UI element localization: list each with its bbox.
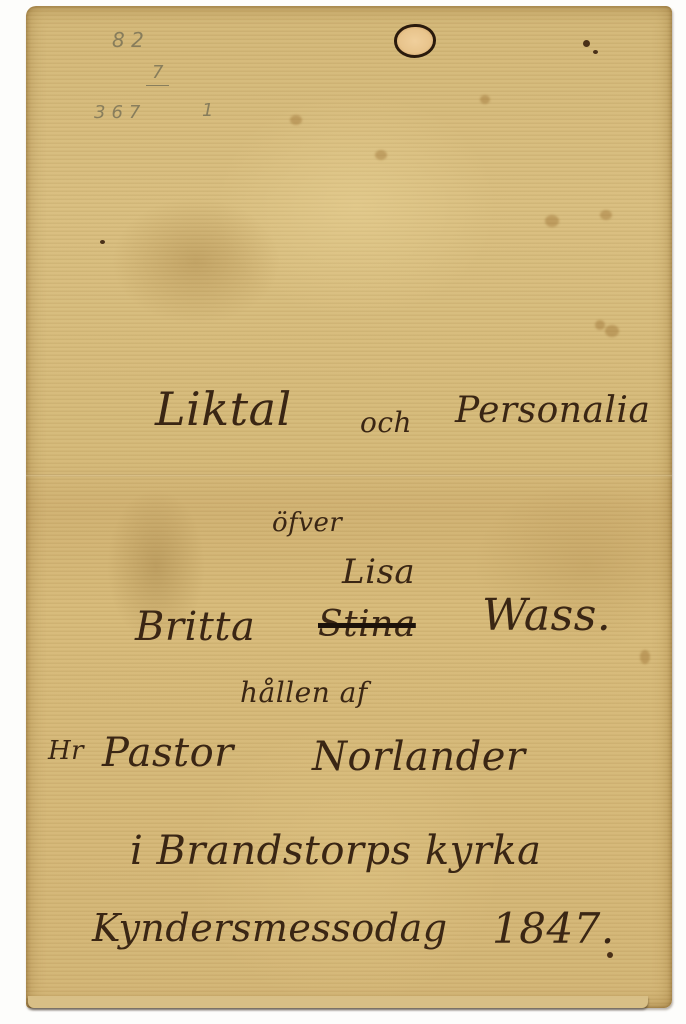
subject-surname: Wass. <box>482 590 611 641</box>
inserted-name: Lisa <box>342 552 415 592</box>
feast-day: Kyndersmessodag <box>92 906 448 950</box>
ink-spot <box>583 40 590 47</box>
foxing-stain <box>595 320 605 330</box>
foxing-stain <box>545 215 559 227</box>
foxing-stain <box>375 150 387 160</box>
foxing-stain <box>600 210 612 220</box>
foxing-stain <box>640 650 650 664</box>
punched-hole <box>394 24 436 58</box>
document-scan: 8 2 7 367 1 Liktal och Personalia öfver … <box>0 0 686 1024</box>
title-word-liktal: Liktal <box>155 382 292 436</box>
foxing-stain <box>480 95 490 104</box>
foxing-stain <box>290 115 302 125</box>
held-by-label: hållen af <box>240 676 368 709</box>
paper-bottom-edge <box>28 996 648 1008</box>
title-word-och: och <box>360 406 412 439</box>
pencil-note-bottom: 367 <box>94 102 146 123</box>
year: 1847. <box>492 904 615 953</box>
pencil-note-middle: 7 <box>146 62 169 86</box>
foxing-stain <box>605 325 619 337</box>
preposition-ofver: öfver <box>272 508 342 538</box>
struck-name: Stina <box>318 604 416 645</box>
officiant-title: Pastor <box>102 730 234 776</box>
pencil-mark: 1 <box>202 100 213 121</box>
church-location: i Brandstorps kyrka <box>130 828 541 874</box>
subject-first-name: Britta <box>135 604 255 650</box>
officiant-name: Norlander <box>312 734 526 780</box>
ink-spot <box>593 50 598 54</box>
ink-spot <box>100 240 105 244</box>
title-word-personalia: Personalia <box>455 390 650 431</box>
pencil-note-top: 8 2 <box>112 28 144 52</box>
officiant-honorific: Hr <box>48 736 84 766</box>
